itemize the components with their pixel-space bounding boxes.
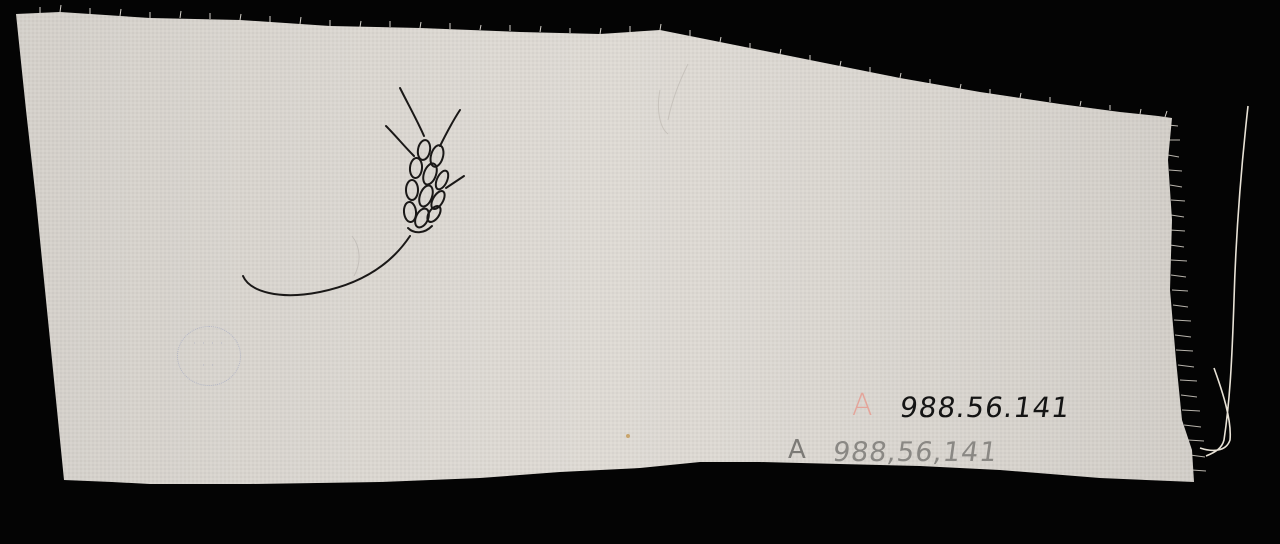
inventory-number-pencil: 988,56,141 [831,437,1000,468]
stain-speck [626,434,630,438]
photo-stage: · · · · · · A 988.56.141 A 988,56,141 [0,0,1280,544]
inventory-number-ink: 988.56.141 [898,391,1073,424]
inventory-prefix-red: A [852,388,874,423]
textile-svg [0,0,1280,544]
stamp-text-top: · · · · [178,339,240,348]
stamp-text-bottom: · · [178,361,240,370]
loose-thread [1200,106,1248,456]
museum-stamp: · · · · · · [177,326,241,386]
inventory-prefix-pencil: A [788,435,807,465]
